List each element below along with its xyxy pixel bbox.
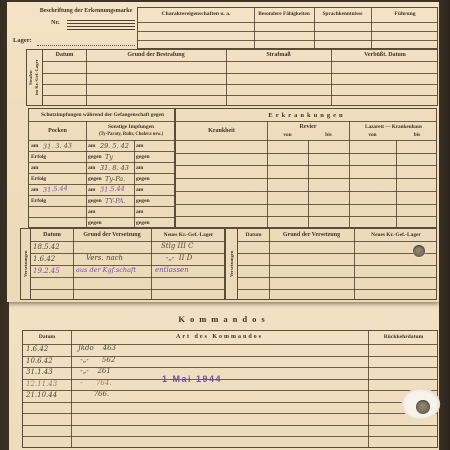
erkrankungen-table: Erkrankungen Krankheit Revier von bis La… [175, 108, 437, 228]
strafen-h-verbuesst: Verbüßt. Datum [331, 52, 439, 59]
erkennungsmarke-label: Beschriftung der Erkennungsmarke [21, 8, 151, 15]
impf-l: am [88, 143, 95, 150]
erk-lazarett-von: von [349, 132, 396, 139]
vers-h-grund: Grund der Versetzung [73, 232, 151, 239]
nr-ruled-lines [67, 20, 135, 30]
strafen-h-grund: Grund der Bestrafung [86, 52, 226, 59]
traits-col-charakter: Charaktereigenschaften u. a. [138, 11, 254, 18]
impf-l: gegen [88, 198, 102, 205]
nr-label: Nr. [51, 19, 60, 26]
vers-grund: Vers. nach [86, 254, 123, 263]
traits-col-sprachen: Sprachkenntnisse [314, 11, 371, 18]
versetzungen-side-label-right: Versetzungen [228, 229, 236, 299]
kdo-art: -„- 562 [78, 356, 115, 365]
impf-l: am [31, 143, 38, 150]
vers-lager: -„- II D [166, 254, 192, 263]
vers-lager: Stlg III C [161, 242, 193, 251]
impfungen-title: Schutzimpfungen während der Gefangenscha… [29, 112, 176, 119]
impf-l: Erfolg [31, 154, 46, 161]
impf-l: am [88, 187, 95, 194]
kdo-h-art: Art des Kommandos [71, 334, 368, 341]
vers-datum: 19.2.45 [33, 267, 60, 276]
impf-l: Erfolg [31, 176, 46, 183]
versetzungen-side-box-right: Versetzungen [225, 228, 237, 300]
impf-l: am [136, 165, 143, 172]
impf-l: am [88, 165, 95, 172]
impf-l: gegen [88, 220, 102, 227]
impf-l: gegen [88, 176, 102, 183]
impf-col-sonstige: Sonstige Impfungen [86, 124, 176, 131]
impf-v: 29. 5. 42 [100, 142, 129, 151]
impf-v: 31.5.44 [43, 184, 68, 195]
vers-lager: entlassen [155, 266, 189, 275]
lager-label: Lager: [13, 37, 32, 44]
punch-hole-torn [416, 400, 430, 414]
strafen-side-label: Strafen im Kr.-Gef.-Lager [28, 50, 40, 105]
versetzungen-table-left: Datum Grund der Versetzung Neues Kr.-Gef… [30, 228, 225, 300]
impf-v: Ty-Pa. [105, 175, 125, 184]
kdo-art: - 764. [78, 379, 112, 388]
traits-table: Charaktereigenschaften u. a. Besondere F… [137, 7, 438, 49]
impf-col-pocken: Pocken [29, 128, 86, 135]
impf-v: 31. 8. 43 [100, 164, 129, 173]
lager-blank-line [37, 36, 135, 46]
kdo-art: 766. [78, 390, 109, 399]
impf-l: gegen [136, 220, 150, 227]
vers-h-lager: Neues Kr.-Gef.-Lager [354, 232, 438, 239]
strafen-side-box: Strafen im Kr.-Gef.-Lager [26, 49, 42, 106]
versetzungen-table-right: Datum Grund der Versetzung Neues Kr.-Gef… [237, 228, 437, 300]
impf-l: am [31, 187, 38, 194]
kdo-h-datum: Datum [23, 334, 71, 341]
strafen-table: Datum Grund der Bestrafung Strafmaß Verb… [42, 49, 438, 106]
impf-l: gegen [136, 154, 150, 161]
kdo-datum: 10.6.42 [26, 357, 53, 366]
kommandos-title: Kommandos [9, 316, 439, 323]
vers-datum: 1.6.42 [33, 255, 55, 264]
erkrankungen-title: Erkrankungen [176, 112, 438, 119]
vers-h-grund: Grund der Versetzung [269, 232, 354, 239]
vers-h-datum: Datum [238, 232, 269, 239]
impf-l: am [88, 209, 95, 216]
strafen-h-datum: Datum [43, 52, 86, 59]
impf-l: gegen [136, 176, 150, 183]
kdo-art: Jkdo 463 [78, 344, 116, 353]
strafen-h-strafmass: Strafmaß [226, 52, 331, 59]
impf-l: gegen [136, 198, 150, 205]
pow-record-card-scan: { "colors":{"paper":"#efddbd","ink":"#3d… [0, 0, 450, 450]
impf-l: am [31, 165, 38, 172]
impf-l: am [136, 143, 143, 150]
kdo-art: -„- 261 [78, 367, 111, 376]
erk-revier-von: von [267, 132, 308, 139]
impf-l: am [136, 209, 143, 216]
vers-h-datum: Datum [31, 232, 73, 239]
impf-l: gegen [88, 154, 102, 161]
kommandos-table: Datum Art des Kommandos Rückkehrdatum 1.… [22, 330, 438, 448]
impf-l: Erfolg [31, 198, 46, 205]
impf-v: TY-PA. [105, 197, 126, 206]
erk-col-krankheit: Krankheit [176, 128, 267, 135]
impf-v: Ty [105, 153, 113, 162]
erk-col-lazarett: Lazarett — Krankenhaus [349, 124, 438, 131]
kdo-datum: 31.1.43 [26, 368, 53, 377]
date-stamp: 1 Mai 1944 [162, 374, 222, 384]
impf-col-sonstige-sub: (Ty-Paraty, Ruhr, Cholera usw.) [86, 131, 176, 138]
kdo-datum: 21.10.44 [26, 391, 57, 400]
kdo-datum: 1.6.42 [26, 345, 48, 354]
kdo-h-rueckkehr: Rückkehrdatum [368, 334, 439, 341]
erk-lazarett-bis: bis [396, 132, 438, 139]
impf-v: 31.5.44 [100, 184, 125, 194]
erk-revier-bis: bis [308, 132, 349, 139]
kdo-datum: 12.11.43 [26, 380, 57, 389]
versetzungen-side-box-left: Versetzungen [20, 228, 30, 300]
traits-col-faehigkeiten: Besondere Fähigkeiten [254, 11, 314, 18]
impfungen-table: Schutzimpfungen während der Gefangenscha… [28, 108, 175, 228]
erk-col-revier: Revier [267, 124, 349, 131]
versetzungen-side-label-left: Versetzungen [22, 229, 30, 299]
card-front: Beschriftung der Erkennungsmarke Nr. Lag… [7, 2, 439, 302]
punch-hole [413, 245, 425, 257]
impf-l: am [136, 187, 143, 194]
traits-col-fuehrung: Führung [371, 11, 439, 18]
impf-v: 31. 3. 43 [43, 141, 72, 151]
vers-datum: 18.5.42 [33, 243, 60, 252]
card-kommandos: Kommandos Datum Art des Kommandos Rückke… [9, 300, 439, 450]
vers-h-lager: Neues Kr.-Gef.-Lager [151, 232, 226, 239]
vers-grund: aus der Kgf.schaft [76, 266, 136, 275]
